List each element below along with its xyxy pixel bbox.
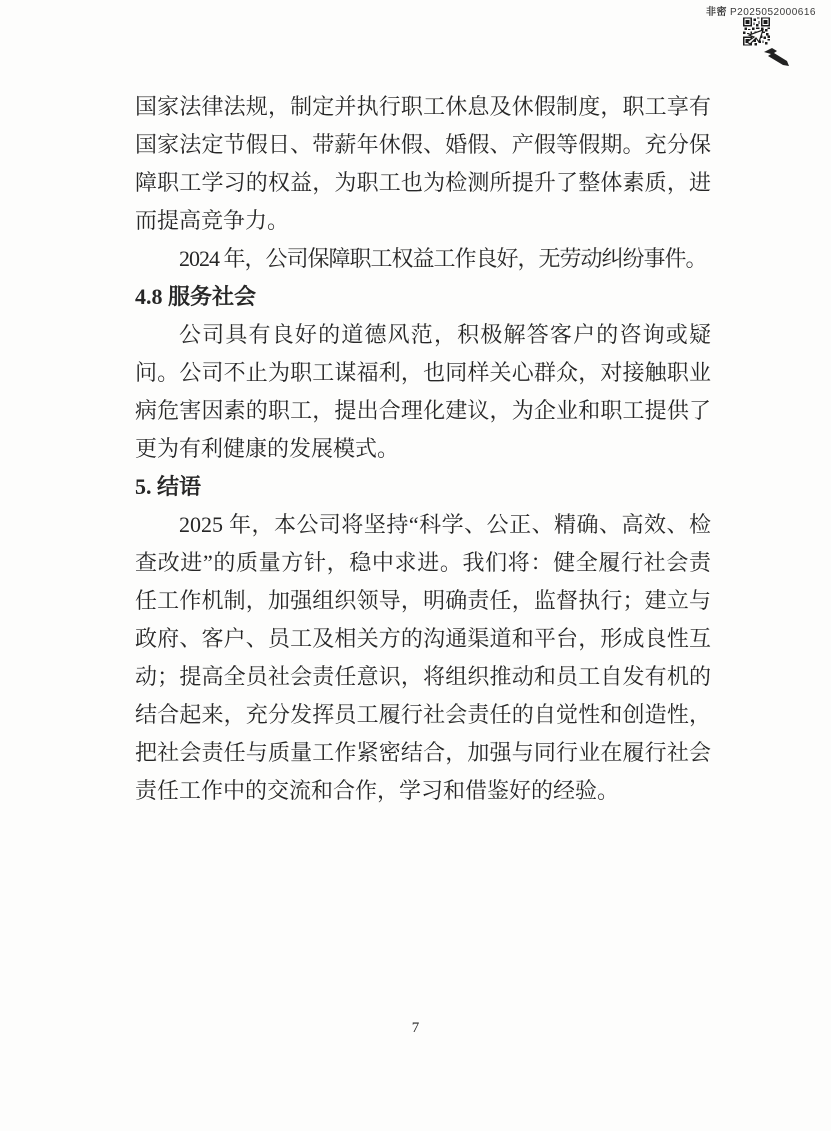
paragraph-labor-rights-continued: 国家法律法规，制定并执行职工休息及休假制度，职工享有国家法定节假日、带薪年休假、… bbox=[135, 88, 711, 240]
paragraph-conclusion: 2025 年，本公司将坚持“科学、公正、精确、高效、检查改进”的质量方针，稳中求… bbox=[135, 506, 711, 810]
heading-4-8-serving-society: 4.8 服务社会 bbox=[135, 278, 711, 316]
stamp-classification: 非密 bbox=[706, 7, 727, 18]
document-body: 国家法律法规，制定并执行职工休息及休假制度，职工享有国家法定节假日、带薪年休假、… bbox=[135, 88, 711, 810]
scanned-document-page: 非密P2025052000616 bbox=[0, 0, 831, 1131]
stamp-text: 非密P2025052000616 bbox=[706, 3, 816, 18]
paragraph-serving-society: 公司具有良好的道德风范，积极解答客户的咨询或疑问。公司不止为职工谋福利，也同样关… bbox=[135, 316, 711, 468]
security-stamp: 非密P2025052000616 bbox=[706, 3, 816, 18]
page-number: 7 bbox=[0, 1020, 831, 1037]
paragraph-2024-summary: 2024 年，公司保障职工权益工作良好，无劳动纠纷事件。 bbox=[135, 240, 711, 278]
heading-5-conclusion: 5. 结语 bbox=[135, 468, 711, 506]
cursor-arrow-black-icon bbox=[763, 47, 793, 67]
cursor-arrow-white-icon bbox=[746, 29, 766, 45]
